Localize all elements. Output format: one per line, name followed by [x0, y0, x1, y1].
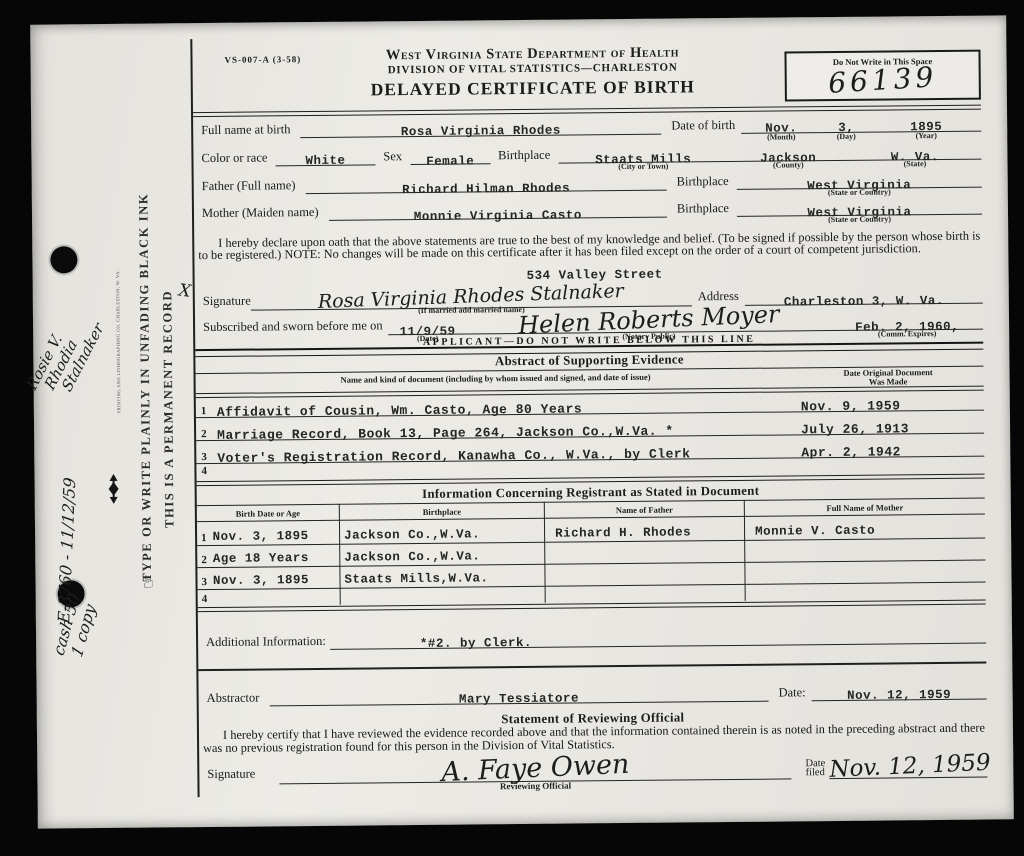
mother-country-sublabel: (State or Country)	[737, 214, 982, 225]
signature-label: Signature	[203, 294, 251, 311]
race-sex-birthplace-row: Color or race White Sex Female Birthplac…	[201, 144, 981, 167]
race-label: Color or race	[201, 150, 267, 166]
sworn-label: Subscribed and sworn before me on	[203, 318, 383, 337]
registrant-header-father: Name of Father	[545, 500, 745, 519]
father-birthplace-label: Birthplace	[677, 174, 729, 189]
registrant-cell	[746, 583, 986, 601]
abstractor-date-field: Nov. 12, 1959	[812, 684, 987, 702]
race-field: White	[275, 149, 375, 166]
printer-credit: PRINTING AND LITHOGRAPHING CO. CHARLESTO…	[116, 323, 122, 413]
certificate-title: DELAYED CERTIFICATE OF BIRTH	[313, 76, 753, 101]
signature-row: Signature Rosa Virginia Rhodes Stalnaker…	[203, 278, 983, 311]
father-value: Richard H. Rhodes	[555, 525, 691, 540]
registrant-cell	[745, 539, 985, 563]
abstract-row-number: 3	[196, 451, 217, 463]
additional-info-field: *#2. by Clerk.	[330, 628, 986, 650]
abstractor-label: Abstractor	[207, 691, 260, 707]
abstract-row-number: 2	[196, 428, 217, 440]
registrant-cell: Richard H. Rhodes	[545, 517, 745, 543]
certificate-paper: TYPE OR WRITE PLAINLY IN UNFADING BLACK …	[30, 15, 1014, 828]
date-filed-value: Nov. 12, 1959	[829, 754, 991, 779]
sex-value: Female	[426, 154, 474, 168]
state-sublabel: (State)	[848, 159, 981, 169]
dob-month-field: Nov.(Month)	[741, 117, 821, 134]
abstract-row-number: 4	[196, 465, 217, 477]
full-name-label: Full name at birth	[201, 122, 290, 138]
birth-city-field: Staats Mills(City or Town)	[558, 146, 728, 164]
age-value: Nov. 3, 1895	[213, 529, 309, 544]
mother-name-field: Monnie Virginia Casto	[329, 202, 667, 221]
abstractor-row: Abstractor Mary Tessiatore Date: Nov. 12…	[207, 684, 987, 707]
reviewing-signature-value: A. Faye Owen	[441, 755, 630, 783]
mother-label: Mother (Maiden name)	[202, 205, 319, 221]
birthplace-value: Jackson Co.,W.Va.	[344, 549, 480, 564]
separator-rule	[198, 662, 986, 672]
sex-field: Female	[410, 148, 490, 165]
form-header: West Virginia State Department of Health…	[312, 44, 752, 101]
mother-name-value: Monnie Virginia Casto	[414, 208, 582, 224]
age-value: Nov. 3, 1895	[213, 573, 309, 588]
registrant-cell: Monnie V. Casto	[745, 515, 985, 541]
reviewing-signature-label: Signature	[207, 767, 255, 785]
handwritten-x-mark: X	[177, 281, 192, 302]
race-value: White	[305, 154, 345, 168]
additional-info-label: Additional Information:	[206, 634, 326, 650]
additional-info-value: *#2. by Clerk.	[420, 636, 532, 651]
age-value: Age 18 Years	[213, 551, 309, 566]
registrant-cell: 3Nov. 3, 1895	[197, 567, 340, 590]
abstract-date-header-line2: Was Made	[796, 376, 981, 386]
date-filed-label: Date filed	[805, 759, 825, 779]
notary-field: Helen Roberts Moyer (Notary Public)	[466, 309, 831, 334]
father-row: Father (Full name) Richard Hilman Rhodes…	[202, 172, 982, 195]
father-name-field: Richard Hilman Rhodes	[305, 175, 666, 194]
abstract-row-number: 1	[196, 405, 217, 417]
registrant-cell	[745, 561, 985, 585]
date-filed-field: Nov. 12, 1959	[829, 757, 987, 780]
row-number: 3	[201, 576, 207, 588]
row-number: 1	[201, 532, 207, 544]
full-name-field: Rosa Virginia Rhodes	[300, 119, 661, 138]
registrant-cell: Jackson Co.,W.Va.	[340, 543, 545, 567]
father-country-sublabel: (State or Country)	[737, 187, 982, 198]
registrant-cell: Staats Mills,W.Va.	[340, 565, 545, 589]
sex-label: Sex	[383, 149, 402, 164]
registrant-cell	[341, 587, 546, 605]
father-name-value: Richard Hilman Rhodes	[402, 182, 570, 198]
reviewing-signature-field: A. Faye Owen Reviewing Official	[279, 756, 791, 784]
dob-day-field: 3,(Day)	[821, 117, 871, 133]
birth-county-field: Jackson(County)	[728, 145, 848, 162]
row-number: 2	[201, 554, 207, 566]
full-name-row: Full name at birth Rosa Virginia Rhodes …	[201, 116, 981, 139]
registration-arrow-icon	[106, 474, 120, 504]
commission-expires-field: Feb. 2, 1960,(Comm. Expires)	[831, 314, 983, 331]
reviewing-official-sublabel: Reviewing Official	[279, 778, 791, 793]
birthplace-value: Jackson Co.,W.Va.	[344, 527, 480, 542]
mother-birthplace-label: Birthplace	[677, 201, 729, 216]
dob-year-field: 1895(Year)	[871, 116, 981, 133]
address-field: Charleston 3, W. Va.	[745, 288, 983, 306]
do-not-write-box: Do Not Write in This Space 66139	[784, 50, 980, 102]
city-sublabel: (City or Town)	[558, 161, 728, 172]
abstract-date-header: Date Original Document Was Made	[796, 368, 981, 387]
manicule-icon: ☞	[139, 574, 159, 589]
registrant-cell	[546, 585, 746, 603]
registrant-cell: Jackson Co.,W.Va.	[340, 519, 545, 545]
registrant-cell: 2Age 18 Years	[197, 545, 340, 568]
abstractor-date-label: Date:	[778, 685, 805, 700]
address-value: Charleston 3, W. Va.	[784, 294, 944, 310]
registrant-table: Birth Date or Age Birthplace Name of Fat…	[197, 498, 986, 607]
form-number: VS-007-A (3-58)	[224, 54, 301, 65]
header-rule	[193, 105, 981, 118]
county-sublabel: (County)	[728, 160, 848, 170]
abstractor-date-value: Nov. 12, 1959	[847, 688, 951, 703]
birthplace-value: Staats Mills,W.Va.	[344, 571, 488, 586]
sworn-date-field: 11/9/59(Date)	[388, 319, 466, 336]
certificate-form: VS-007-A (3-58) West Virginia State Depa…	[190, 32, 989, 798]
scanned-document-photo: TYPE OR WRITE PLAINLY IN UNFADING BLACK …	[0, 0, 1024, 856]
hole-punch-top	[50, 246, 77, 273]
registrant-cell	[545, 563, 745, 587]
day-sublabel: (Day)	[821, 132, 871, 141]
margin-instruction-permanent: THIS IS A PERMANENT RECORD	[160, 234, 178, 584]
row-number: 4	[202, 593, 208, 605]
registrant-header-birthplace: Birthplace	[340, 502, 545, 521]
additional-info-row: Additional Information: *#2. by Clerk.	[206, 628, 986, 651]
dob-label: Date of birth	[671, 118, 735, 134]
full-name-value: Rosa Virginia Rhodes	[401, 124, 561, 140]
birth-state-field: W. Va.(State)	[848, 144, 981, 161]
registrant-header-age: Birth Date or Age	[197, 504, 340, 522]
father-birthplace-field: West Virginia(State or Country)	[737, 172, 982, 190]
oath-declaration-text: I hereby declare upon oath that the abov…	[198, 229, 980, 262]
handwritten-margin-name: Rosie V. Rhodia Stalnaker	[24, 302, 107, 410]
date-filed-label-line2: filed	[806, 768, 826, 777]
mother-birthplace-field: West Virginia(State or Country)	[737, 199, 982, 217]
registrant-cell: 4	[198, 589, 341, 606]
mother-value: Monnie V. Casto	[755, 524, 875, 539]
birthplace-label: Birthplace	[498, 148, 550, 163]
mother-row: Mother (Maiden name) Monnie Virginia Cas…	[202, 199, 982, 222]
registrant-cell: 1Nov. 3, 1895	[197, 521, 340, 546]
abstractor-name-value: Mary Tessiatore	[459, 691, 579, 706]
father-label: Father (Full name)	[202, 178, 296, 194]
month-sublabel: (Month)	[741, 132, 821, 142]
registrant-cell	[545, 541, 745, 565]
oath-declaration: I hereby declare upon oath that the abov…	[198, 231, 980, 262]
year-sublabel: (Year)	[871, 131, 981, 141]
abstractor-name-field: Mary Tessiatore	[269, 686, 768, 707]
reviewing-signature-row: Signature A. Faye Owen Reviewing Officia…	[207, 748, 987, 785]
